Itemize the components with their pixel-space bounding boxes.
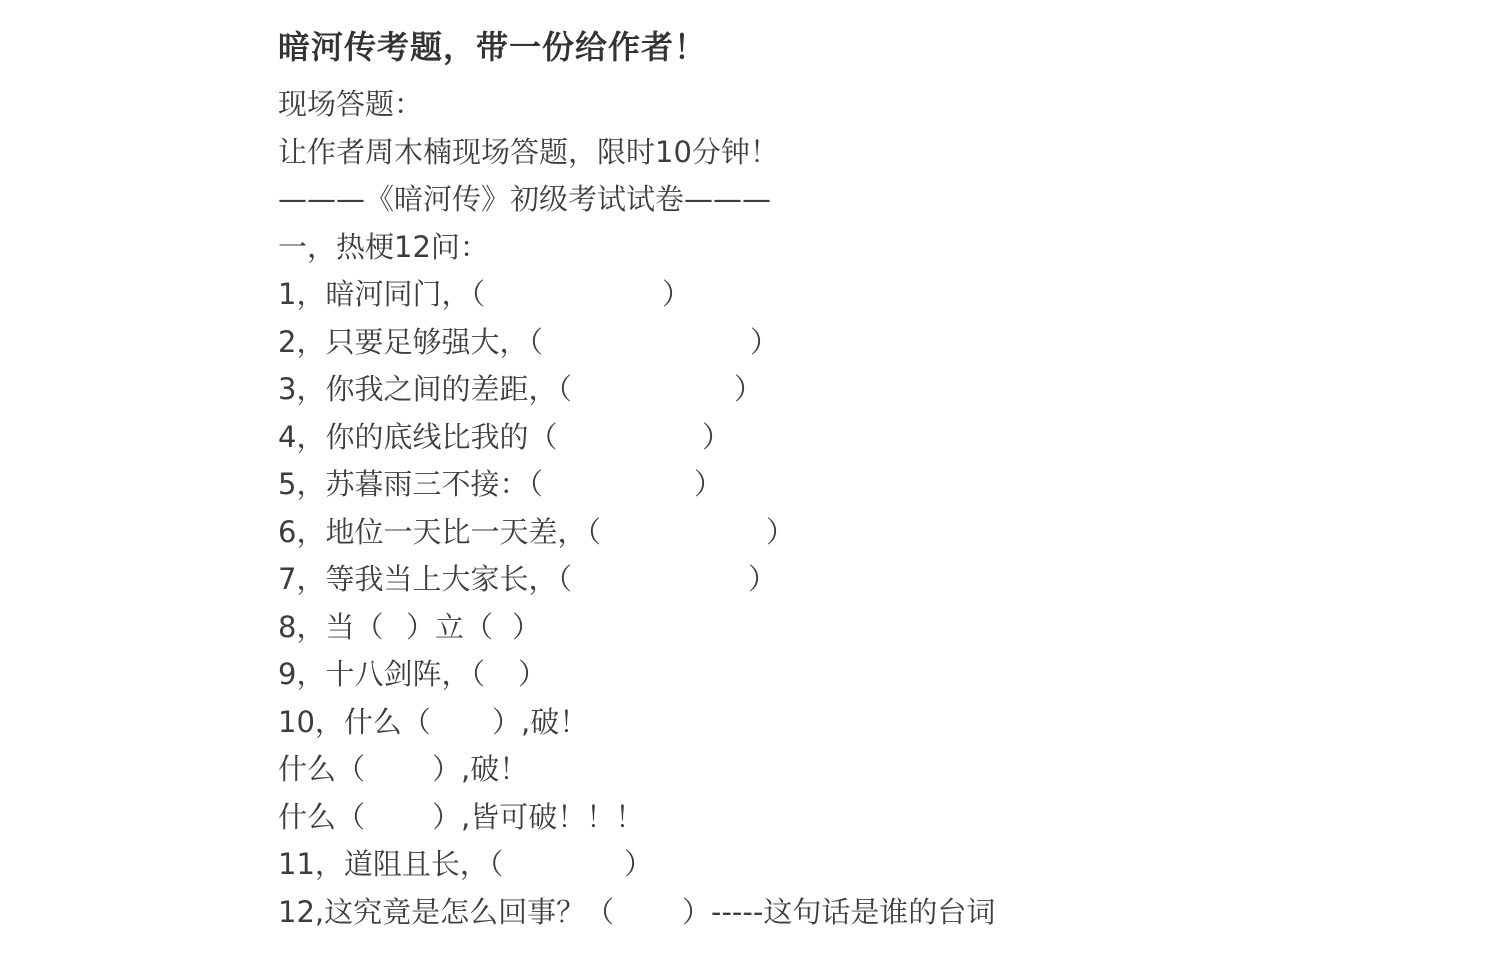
- line-segment: 什么（: [278, 797, 365, 837]
- line-segment: ）: [734, 369, 763, 409]
- line-segment: 2，只要足够强大，（: [278, 322, 543, 362]
- line-segment: ）-----这句话是谁的台词: [682, 892, 995, 932]
- line-segment: 现场答题：: [278, 84, 423, 124]
- line-segment: 什么（: [278, 749, 365, 789]
- line-segment: ）立（: [406, 607, 493, 647]
- line-segment: 一，热梗12问：: [278, 227, 489, 267]
- line-segment: 4，你的底线比我的（: [278, 417, 557, 457]
- line-segment: 10，什么（: [278, 702, 431, 742]
- line-segment: ）: [750, 322, 779, 362]
- line-segment: 6，地位一天比一天差，（: [278, 512, 601, 552]
- line-segment: ）,破！: [432, 749, 528, 789]
- line-segment: 3，你我之间的差距，（: [278, 369, 572, 409]
- line-segment: ）: [662, 274, 691, 314]
- line-segment: ）: [624, 844, 653, 884]
- post-title: 暗河传考题，带一份给作者！: [278, 22, 707, 68]
- line-segment: ）,破！: [492, 702, 588, 742]
- line-segment: ）: [694, 464, 723, 504]
- line-segment: ）: [748, 559, 777, 599]
- line-segment: ）: [766, 512, 795, 552]
- line-segment: 12,这究竟是怎么回事？（: [278, 892, 614, 932]
- line-segment: 8，当（: [278, 607, 383, 647]
- line-segment: 让作者周木楠现场答题，限时10分钟！: [278, 132, 779, 172]
- line-segment: 7，等我当上大家长，（: [278, 559, 572, 599]
- line-segment: 9，十八剑阵，（: [278, 654, 485, 694]
- line-segment: ）: [512, 607, 541, 647]
- line-segment: 1，暗河同门，（: [278, 274, 485, 314]
- line-segment: 5，苏暮雨三不接：（: [278, 464, 543, 504]
- line-segment: ）: [518, 654, 547, 694]
- line-segment: ———《暗河传》初级考试试卷———: [278, 179, 771, 219]
- line-segment: ）,皆可破！！！: [432, 797, 644, 837]
- line-segment: ）: [702, 417, 731, 457]
- line-segment: 11，道阻且长，（: [278, 844, 503, 884]
